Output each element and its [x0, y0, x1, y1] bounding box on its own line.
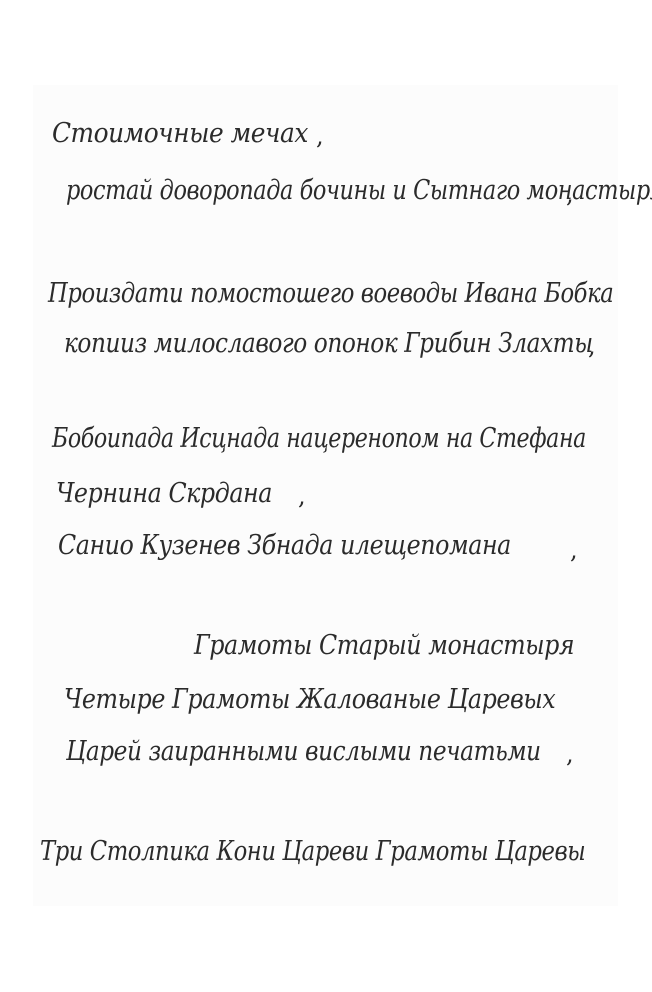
manuscript-line: Произдати помостошего воеводы Ивана Бобк… — [48, 280, 613, 307]
manuscript-line: Чернина Скрдана — [56, 480, 272, 507]
section-heading: Грамоты Старый монастыря — [194, 632, 574, 659]
comma-mark: , — [588, 334, 596, 358]
manuscript-line: Четыре Грамоты Жалованые Царевых — [64, 686, 555, 713]
comma-mark: , — [298, 484, 306, 508]
comma-mark: , — [570, 538, 578, 562]
comma-mark: , — [566, 742, 574, 766]
manuscript-line: Санио Кузенев Збнада илещепомана — [58, 532, 511, 559]
manuscript-line: ростай доворопада бочины и Сытнаго монас… — [66, 177, 652, 204]
manuscript-line: Стоимочные мечах — [52, 120, 308, 147]
comma-mark: , — [566, 182, 574, 206]
manuscript-line: копииз милославого опонок Грибин Злахты — [64, 330, 593, 357]
comma-mark: , — [316, 124, 324, 148]
manuscript-line: Бобоипада Исцнада нацеренопом на Стефана — [52, 425, 586, 452]
manuscript-line: Три Столпика Кони Цареви Грамоты Царевы — [40, 838, 585, 865]
manuscript-line: Царей заиранными вислыми печатьми — [66, 738, 541, 765]
